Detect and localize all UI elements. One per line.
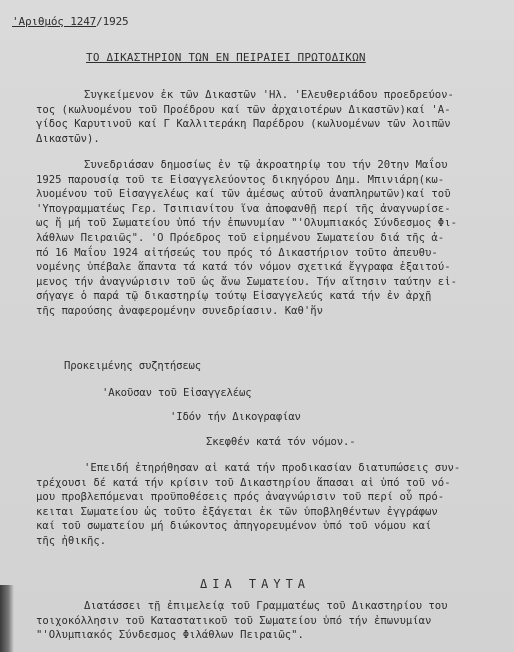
court-title: ΤΟ ΔΙΚΑΣΤΗΡΙΟΝ ΤΩΝ ΕΝ ΠΕΙΡΑΙΕΙ ΠΡΩΤΟΔΙΚΩ… (86, 51, 366, 64)
text-line: γίδος Καρυτινοῦ καί Γ Καλλιτεράκη Παρέδρ… (36, 117, 500, 132)
text-line: λυομένου τοῦ Εἰσαγγελέως καί τῶν ἀμέσως … (36, 187, 500, 202)
text-line: σήγαγε ὁ παρά τῷ δικαστηρίῳ τούτῳ Εἰσαγγ… (36, 289, 500, 304)
text-line: ως ἤ μή τοῦ Σωματείου ὑπό τήν ἐπωνυμίαν … (36, 216, 500, 231)
step-considered-law: Σκεφθέν κατά τόν νόμον.- (206, 436, 355, 448)
scan-edge-shadow (0, 585, 14, 652)
text-line: 'Υπογραμματέως Γερ. Τσιπιανίτου ἵνα ἀποφ… (36, 202, 500, 217)
reasoning-paragraph: 'Επειδή ἐτηρήθησαν αἱ κατά τήν προδικασί… (36, 461, 500, 549)
text-line: Συγκείμενον ἐκ τῶν Δικαστῶν 'Ηλ. 'Ελευθε… (36, 88, 500, 103)
text-line: "'Ολυμπιακός Σύνδεσμος Φιλάθλων Πειραιῶς… (36, 628, 500, 643)
text-line: τρέχουσι δέ κατά τήν κρίσιν τοῦ Δικαστηρ… (36, 476, 500, 491)
case-number-prefix: 'Αριθμός 1247 (12, 15, 96, 28)
step-saw-file: 'Ιδόν τήν Δικογραφίαν (170, 411, 301, 423)
session-paragraph: Συνεδριάσαν δημοσίως ἐν τῷ ἀκροατηρίῳ το… (36, 158, 500, 319)
text-line: τοιχοκόλλησιν τοῦ Καταστατικοῦ τοῦ Σωματ… (36, 614, 500, 629)
ruling-heading: ΔΙΑ ΤΑΥΤΑ (200, 577, 310, 591)
scanned-document-page: 'Αριθμός 1247/1925 ΤΟ ΔΙΚΑΣΤΗΡΙΟΝ ΤΩΝ ΕΝ… (0, 0, 514, 652)
case-number-year: /1925 (96, 15, 128, 28)
text-line: καί τοῦ σωματείου μή διώκοντος ἀπηγορευμ… (36, 519, 500, 534)
text-line: λάθλων Πειραιῶς". 'Ο Πρόεδρος τοῦ εἰρημέ… (36, 231, 500, 246)
text-line: Δικαστῶν). (36, 132, 500, 147)
text-line: νομένης ὑπέβαλε ἅπαντα τά κατά τόν νόμον… (36, 260, 500, 275)
case-number: 'Αριθμός 1247/1925 (12, 15, 129, 28)
ruling-paragraph: Διατάσσει τῇ ἐπιμελείᾳ τοῦ Γραμματέως το… (36, 599, 500, 643)
text-line: Διατάσσει τῇ ἐπιμελείᾳ τοῦ Γραμματέως το… (36, 599, 500, 614)
text-line: Συνεδριάσαν δημοσίως ἐν τῷ ἀκροατηρίῳ το… (36, 158, 500, 173)
composition-paragraph: Συγκείμενον ἐκ τῶν Δικαστῶν 'Ηλ. 'Ελευθε… (36, 88, 500, 146)
text-line: τος (κωλυομένου τοῦ Προέδρου καί τῶν ἀρχ… (36, 103, 500, 118)
text-line: κειται Σωματείου ὡς τοῦτο ἐξάγεται ἐκ τῶ… (36, 505, 500, 520)
text-line: μου προβλεπόμεναι προϋποθέσεις πρός ἀναγ… (36, 490, 500, 505)
text-line: μενος τήν ἀναγνώρισιν τοῦ ὡς ἄνω Σωματεί… (36, 275, 500, 290)
text-line: πό 16 Μαΐου 1924 αἰτήσεώς του πρός τό Δι… (36, 246, 500, 261)
text-line: τῆς παρούσης ἀναφερομένην συνεδρίασιν. Κ… (36, 304, 500, 319)
text-line: 'Επειδή ἐτηρήθησαν αἱ κατά τήν προδικασί… (36, 461, 500, 476)
text-line: 1925 παρουσίᾳ τοῦ τε Εἰσαγγελεύοντος δικ… (36, 173, 500, 188)
text-line: τῆς ἠθικῆς. (36, 534, 500, 549)
step-heard-prosecutor: 'Ακοῦσαν τοῦ Εἰσαγγελέως (102, 387, 251, 399)
discussion-line: Προκειμένης συζητήσεως (64, 360, 201, 372)
